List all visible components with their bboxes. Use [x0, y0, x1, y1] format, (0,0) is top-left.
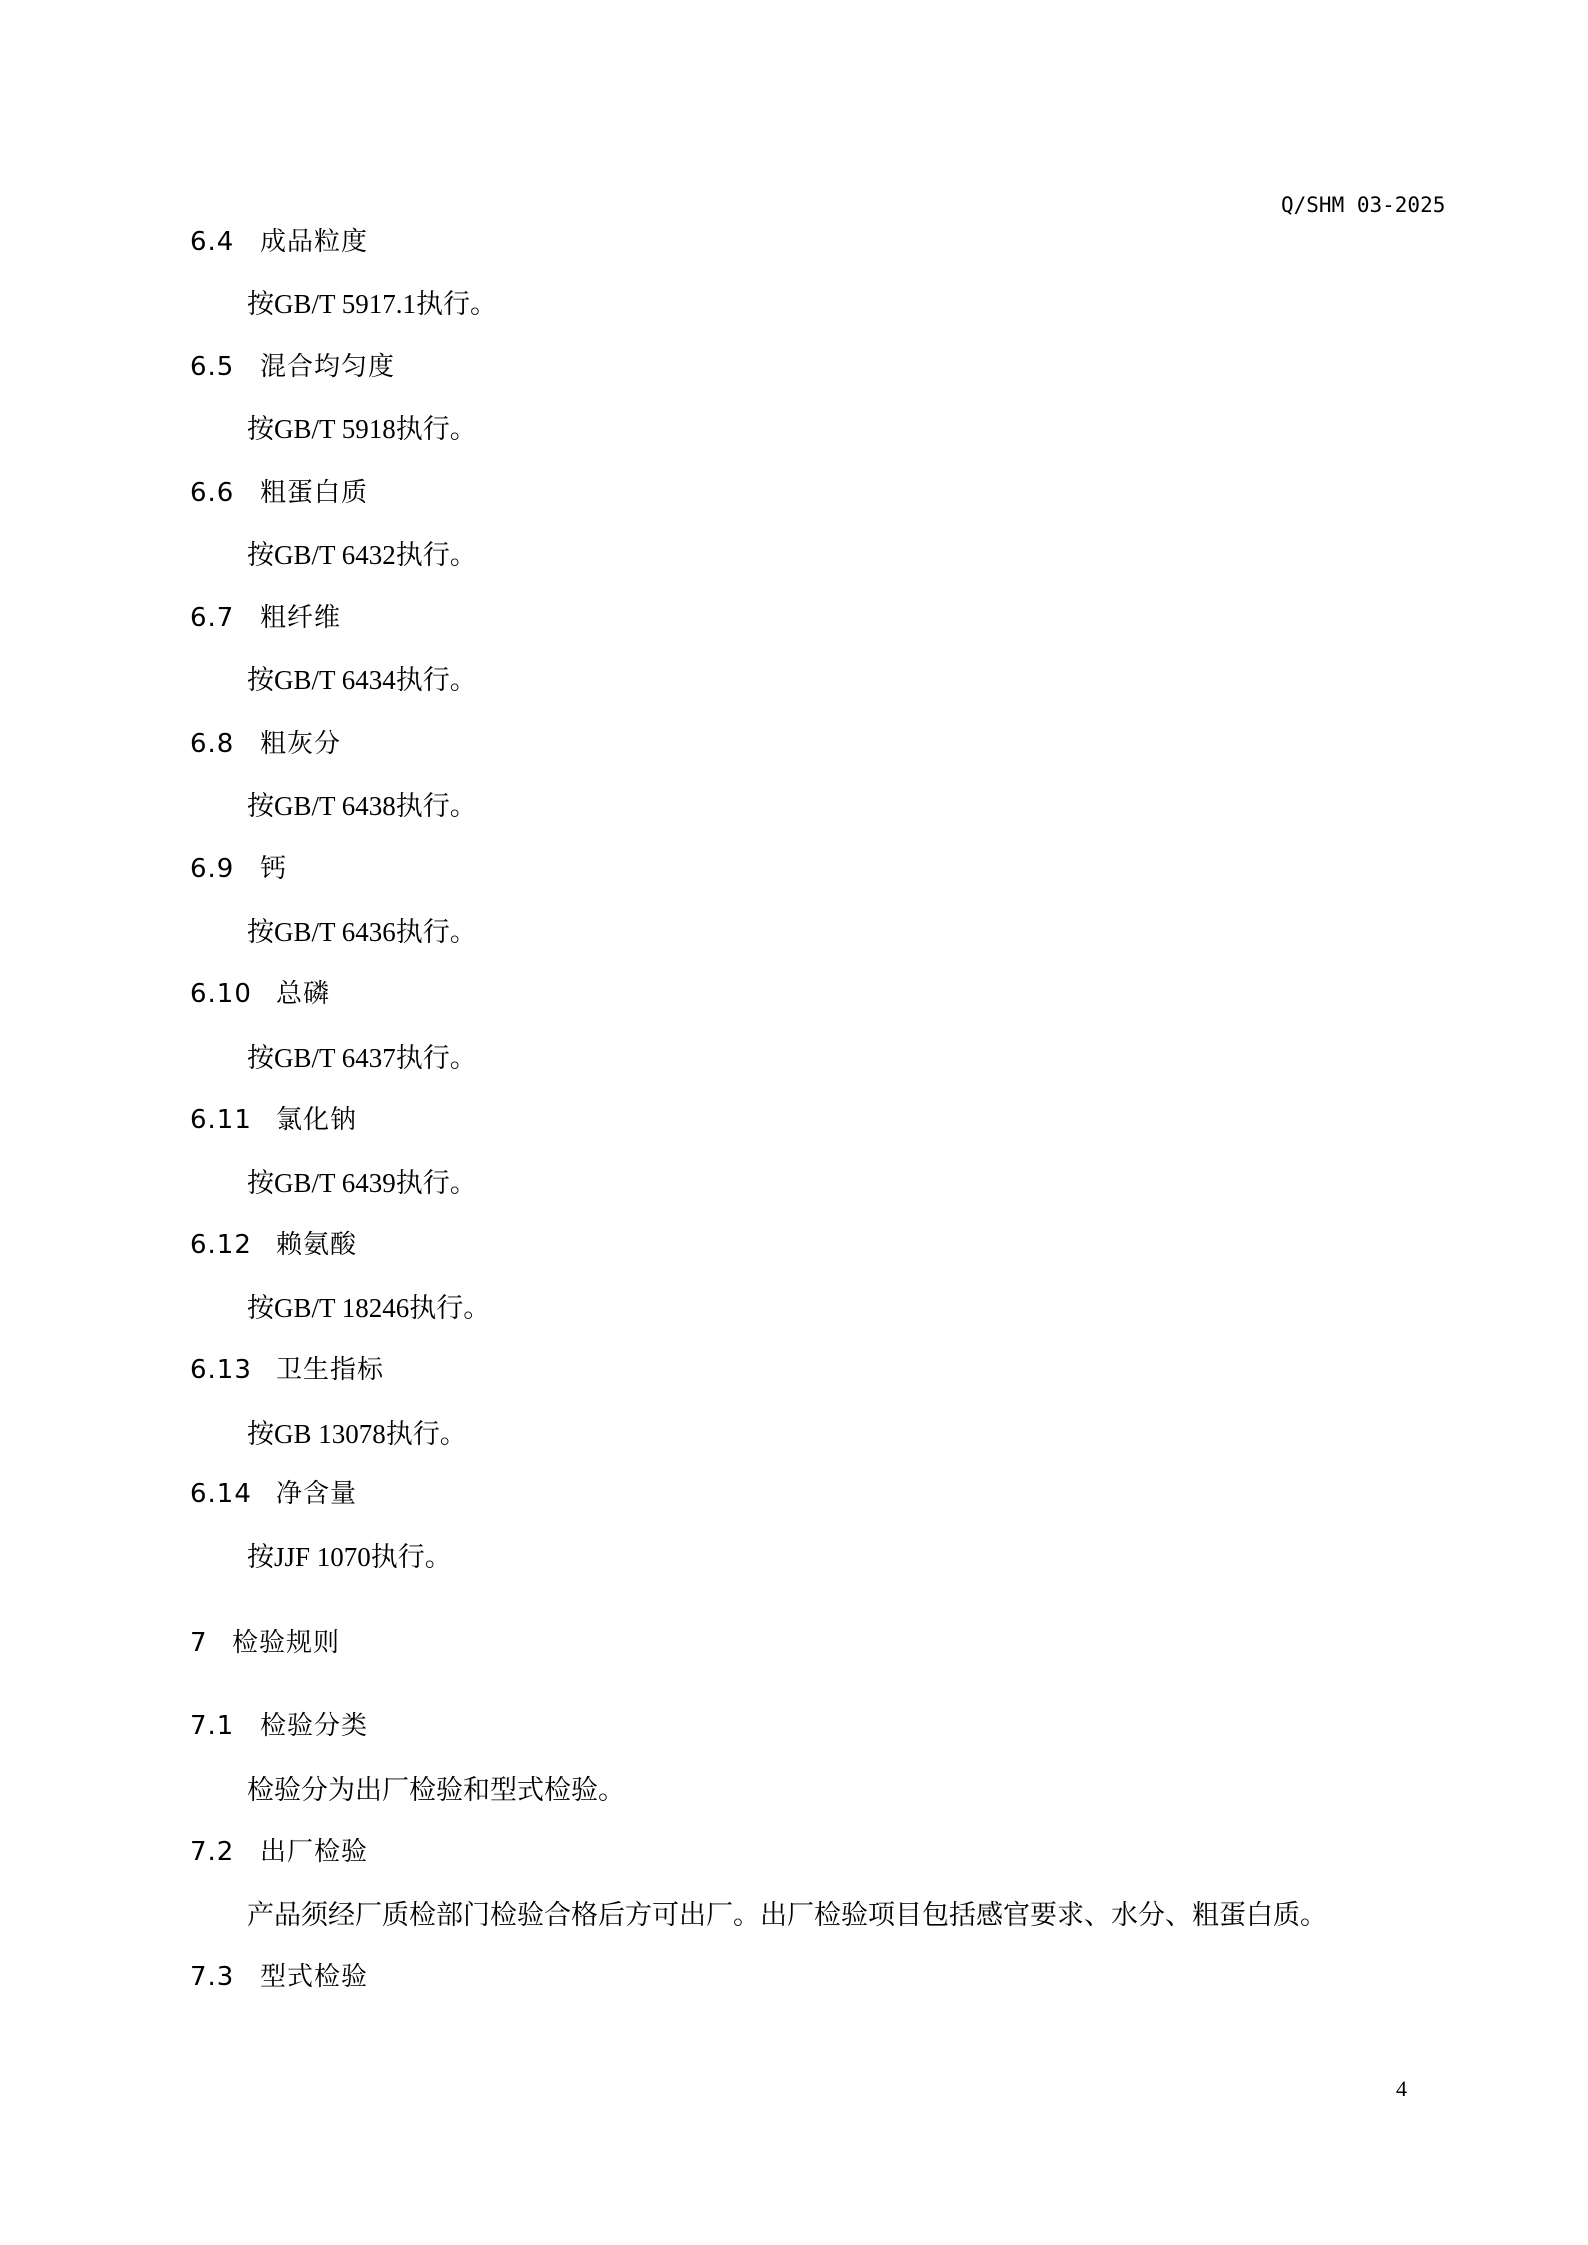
document-page: Q/SHM 03-2025 6.4成品粒度 按GB/T 5917.1执行。 6.… [0, 0, 1588, 2245]
section-number: 6.7 [190, 601, 260, 635]
section-heading-6-9: 6.9钙 [190, 852, 287, 886]
section-body-6-10: 按GB/T 6437执行。 [247, 1041, 477, 1075]
section-heading-6-10: 6.10总磷 [190, 977, 330, 1011]
section-body-6-13: 按GB 13078执行。 [247, 1417, 467, 1451]
section-body-7-2: 产品须经厂质检部门检验合格后方可出厂。出厂检验项目包括感官要求、水分、粗蛋白质。 [247, 1898, 1327, 1932]
chapter-title: 检验规则 [232, 1628, 340, 1658]
section-number: 6.6 [190, 476, 260, 510]
section-body-6-6: 按GB/T 6432执行。 [247, 538, 477, 572]
section-title: 检验分类 [260, 1711, 368, 1741]
section-number: 6.13 [190, 1353, 276, 1387]
section-title: 赖氨酸 [276, 1230, 357, 1260]
section-number: 7.3 [190, 1960, 260, 1994]
section-heading-7-2: 7.2出厂检验 [190, 1835, 368, 1869]
section-title: 粗蛋白质 [260, 478, 368, 508]
section-heading-6-6: 6.6粗蛋白质 [190, 476, 368, 510]
section-heading-6-7: 6.7粗纤维 [190, 601, 341, 635]
section-number: 6.5 [190, 350, 260, 384]
section-title: 卫生指标 [276, 1355, 384, 1385]
section-heading-6-13: 6.13卫生指标 [190, 1353, 384, 1387]
section-number: 6.4 [190, 225, 260, 259]
section-title: 粗灰分 [260, 729, 341, 759]
section-title: 成品粒度 [260, 227, 368, 257]
section-title: 钙 [260, 854, 287, 884]
section-body-7-1: 检验分为出厂检验和型式检验。 [247, 1773, 625, 1807]
section-title: 型式检验 [260, 1962, 368, 1992]
chapter-heading-7: 7检验规则 [190, 1626, 340, 1660]
section-body-6-9: 按GB/T 6436执行。 [247, 915, 477, 949]
section-heading-6-14: 6.14净含量 [190, 1477, 357, 1511]
section-body-6-7: 按GB/T 6434执行。 [247, 663, 477, 697]
section-heading-6-12: 6.12赖氨酸 [190, 1228, 357, 1262]
section-number: 7.1 [190, 1709, 260, 1743]
section-number: 6.8 [190, 727, 260, 761]
section-heading-7-3: 7.3型式检验 [190, 1960, 368, 1994]
document-code-header: Q/SHM 03-2025 [1281, 190, 1445, 220]
section-title: 净含量 [276, 1479, 357, 1509]
section-body-6-14: 按JJF 1070执行。 [247, 1540, 452, 1574]
section-number: 6.12 [190, 1228, 276, 1262]
section-number: 6.9 [190, 852, 260, 886]
section-title: 粗纤维 [260, 603, 341, 633]
section-body-6-5: 按GB/T 5918执行。 [247, 412, 477, 446]
section-number: 6.14 [190, 1477, 276, 1511]
section-title: 氯化钠 [276, 1105, 357, 1135]
section-heading-6-5: 6.5混合均匀度 [190, 350, 395, 384]
section-heading-7-1: 7.1检验分类 [190, 1709, 368, 1743]
section-number: 6.11 [190, 1103, 276, 1137]
page-number: 4 [1396, 2074, 1407, 2104]
section-heading-6-4: 6.4成品粒度 [190, 225, 368, 259]
section-title: 出厂检验 [260, 1837, 368, 1867]
section-body-6-12: 按GB/T 18246执行。 [247, 1291, 490, 1325]
section-heading-6-8: 6.8粗灰分 [190, 727, 341, 761]
section-title: 总磷 [276, 979, 330, 1009]
section-title: 混合均匀度 [260, 352, 395, 382]
section-body-6-4: 按GB/T 5917.1执行。 [247, 287, 497, 321]
section-heading-6-11: 6.11氯化钠 [190, 1103, 357, 1137]
chapter-number: 7 [190, 1626, 232, 1660]
section-body-6-11: 按GB/T 6439执行。 [247, 1166, 477, 1200]
section-body-6-8: 按GB/T 6438执行。 [247, 789, 477, 823]
section-number: 7.2 [190, 1835, 260, 1869]
section-number: 6.10 [190, 977, 276, 1011]
